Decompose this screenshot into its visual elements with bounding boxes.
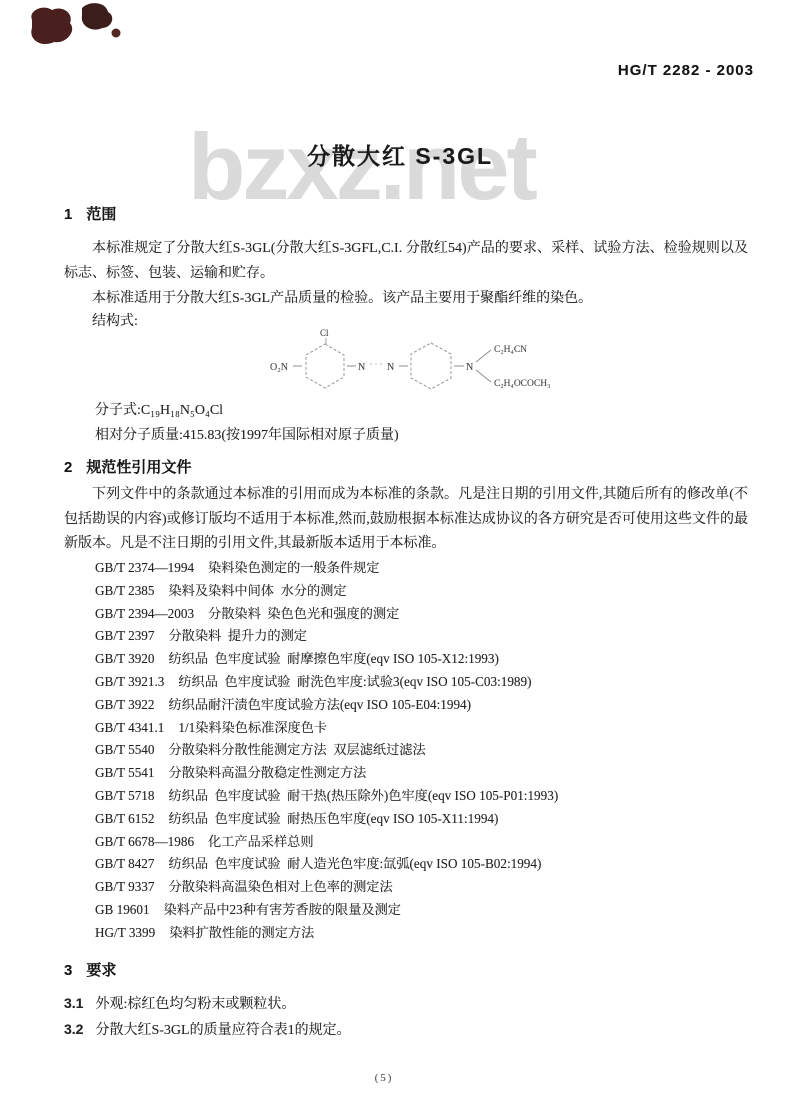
reference-item: GB/T 2374—1994染料染色测定的一般条件规定	[95, 557, 755, 580]
scope-paragraph-1: 本标准规定了分散大红S-3GL(分散大红S-3GFL,C.I. 分散红54)产品…	[64, 236, 748, 286]
reference-code: GB/T 6152	[95, 811, 154, 826]
reference-code: GB/T 6678—1986	[95, 834, 194, 849]
section-number: 2	[64, 459, 72, 476]
reference-title: 分散染料 染色色光和强度的测定	[208, 606, 399, 621]
reference-title: 1/1染料染色标准深度色卡	[178, 720, 327, 735]
branch-bottom-label: C₂H₄OCOCH₃	[494, 379, 550, 389]
chloro-label: Cl	[320, 328, 329, 338]
reference-item: GB/T 5718纺织品 色牢度试验 耐干热(热压除外)色牢度(eqv ISO …	[95, 785, 755, 808]
reference-code: GB/T 2385	[95, 583, 154, 598]
reference-title: 化工产品采样总则	[208, 834, 314, 849]
reference-title: 染料产品中23种有害芳香胺的限量及测定	[164, 902, 401, 917]
reference-code: GB 19601	[95, 902, 150, 917]
requirement-text: 外观:棕红色均匀粉末或颗粒状。	[95, 997, 295, 1012]
reference-title: 纺织品 色牢度试验 耐热压色牢度(eqv ISO 105-X11:1994)	[168, 811, 498, 826]
requirement-number: 3.2	[64, 1021, 83, 1037]
scan-smudge-artifact	[18, 0, 133, 52]
reference-item: GB/T 6678—1986化工产品采样总则	[95, 831, 755, 854]
requirement-text: 分散大红S-3GL的质量应符合表1的规定。	[95, 1023, 350, 1038]
reference-item: HG/T 3399染料扩散性能的测定方法	[95, 922, 755, 945]
reference-item: GB/T 3920纺织品 色牢度试验 耐摩擦色牢度(eqv ISO 105-X1…	[95, 648, 755, 671]
page-number: (5)	[352, 1072, 416, 1084]
chemical-structure-diagram: O₂N Cl N N N C₂H₄CN C₂H₄OCOCH₃	[268, 324, 568, 402]
document-page: bzxz.net HG/T 2282 - 2003 分散大红 S-3GL 1范围…	[0, 0, 800, 1098]
reference-title: 分散染料 提升力的测定	[168, 628, 306, 643]
reference-item: GB/T 5540分散染料分散性能测定方法 双层滤纸过滤法	[95, 739, 755, 762]
reference-item: GB/T 6152纺织品 色牢度试验 耐热压色牢度(eqv ISO 105-X1…	[95, 808, 755, 831]
reference-code: GB/T 5541	[95, 765, 154, 780]
section-title: 要求	[86, 962, 116, 979]
reference-title: 分散染料高温分散稳定性测定方法	[168, 765, 366, 780]
section-heading-scope: 1范围	[64, 203, 116, 224]
section-heading-requirements: 3要求	[64, 959, 116, 980]
azo-n2-label: N	[387, 362, 394, 373]
page-title: 分散大红 S-3GL	[0, 138, 800, 171]
benzene-ring-2	[411, 343, 451, 389]
reference-title: 染料染色测定的一般条件规定	[208, 560, 379, 575]
references-list: GB/T 2374—1994染料染色测定的一般条件规定 GB/T 2385染料及…	[95, 557, 755, 945]
molecular-formula-label: 分子式:	[95, 403, 141, 418]
scope-paragraph-2: 本标准适用于分散大红S-3GL产品质量的检验。该产品主要用于聚酯纤维的染色。	[64, 286, 748, 311]
amine-n-label: N	[466, 362, 473, 373]
section-number: 3	[64, 962, 72, 979]
molecular-formula-line: 分子式:C₁₉H₁₈N₅O₄Cl	[95, 399, 223, 419]
reference-item: GB/T 3921.3纺织品 色牢度试验 耐洗色牢度:试验3(eqv ISO 1…	[95, 671, 755, 694]
section-heading-references: 2规范性引用文件	[64, 456, 191, 477]
reference-title: 分散染料分散性能测定方法 双层滤纸过滤法	[168, 742, 425, 757]
reference-item: GB/T 2397分散染料 提升力的测定	[95, 625, 755, 648]
reference-code: GB/T 3921.3	[95, 674, 164, 689]
reference-item: GB/T 9337分散染料高温染色相对上色率的测定法	[95, 876, 755, 899]
section-number: 1	[64, 206, 72, 223]
reference-code: GB/T 2374—1994	[95, 560, 194, 575]
reference-code: GB/T 9337	[95, 879, 154, 894]
references-intro: 下列文件中的条款通过本标准的引用而成为本标准的条款。凡是注日期的引用文件,其随后…	[64, 483, 748, 557]
requirement-item: 3.2分散大红S-3GL的质量应符合表1的规定。	[64, 1017, 748, 1043]
reference-item: GB/T 3922纺织品耐汗渍色牢度试验方法(eqv ISO 105-E04:1…	[95, 694, 755, 717]
reference-code: HG/T 3399	[95, 925, 155, 940]
reference-code: GB/T 5540	[95, 742, 154, 757]
reference-title: 纺织品 色牢度试验 耐摩擦色牢度(eqv ISO 105-X12:1993)	[168, 651, 498, 666]
reference-item: GB/T 8427纺织品 色牢度试验 耐人造光色牢度:氙弧(eqv ISO 10…	[95, 853, 755, 876]
reference-code: GB/T 2397	[95, 628, 154, 643]
requirement-item: 3.1外观:棕红色均匀粉末或颗粒状。	[64, 991, 748, 1017]
branch-top-label: C₂H₄CN	[494, 345, 527, 355]
benzene-ring-1	[306, 344, 344, 388]
section-title: 规范性引用文件	[86, 459, 191, 476]
reference-item: GB/T 2385染料及染料中间体 水分的测定	[95, 580, 755, 603]
reference-title: 纺织品 色牢度试验 耐人造光色牢度:氙弧(eqv ISO 105-B02:199…	[168, 856, 541, 871]
reference-title: 染料及染料中间体 水分的测定	[168, 583, 346, 598]
reference-code: GB/T 8427	[95, 856, 154, 871]
nitro-group-label: O₂N	[270, 362, 288, 373]
azo-n1-label: N	[358, 362, 365, 373]
molar-mass-line: 相对分子质量:415.83(按1997年国际相对原子质量)	[95, 424, 399, 444]
requirements-list: 3.1外观:棕红色均匀粉末或颗粒状。 3.2分散大红S-3GL的质量应符合表1的…	[64, 991, 748, 1042]
reference-title: 分散染料高温染色相对上色率的测定法	[168, 879, 392, 894]
reference-code: GB/T 4341.1	[95, 720, 164, 735]
reference-item: GB/T 2394—2003分散染料 染色色光和强度的测定	[95, 603, 755, 626]
reference-item: GB 19601染料产品中23种有害芳香胺的限量及测定	[95, 899, 755, 922]
reference-code: GB/T 2394—2003	[95, 606, 194, 621]
reference-code: GB/T 3920	[95, 651, 154, 666]
reference-item: GB/T 5541分散染料高温分散稳定性测定方法	[95, 762, 755, 785]
reference-code: GB/T 5718	[95, 788, 154, 803]
standard-code: HG/T 2282 - 2003	[618, 62, 754, 79]
reference-title: 纺织品 色牢度试验 耐干热(热压除外)色牢度(eqv ISO 105-P01:1…	[168, 788, 558, 803]
requirement-number: 3.1	[64, 995, 83, 1011]
reference-title: 染料扩散性能的测定方法	[169, 925, 314, 940]
reference-item: GB/T 4341.11/1染料染色标准深度色卡	[95, 717, 755, 740]
reference-title: 纺织品 色牢度试验 耐洗色牢度:试验3(eqv ISO 105-C03:1989…	[178, 674, 531, 689]
molecular-formula-value: C₁₉H₁₈N₅O₄Cl	[141, 403, 223, 418]
section-title: 范围	[86, 206, 116, 223]
reference-code: GB/T 3922	[95, 697, 154, 712]
reference-title: 纺织品耐汗渍色牢度试验方法(eqv ISO 105-E04:1994)	[168, 697, 471, 712]
